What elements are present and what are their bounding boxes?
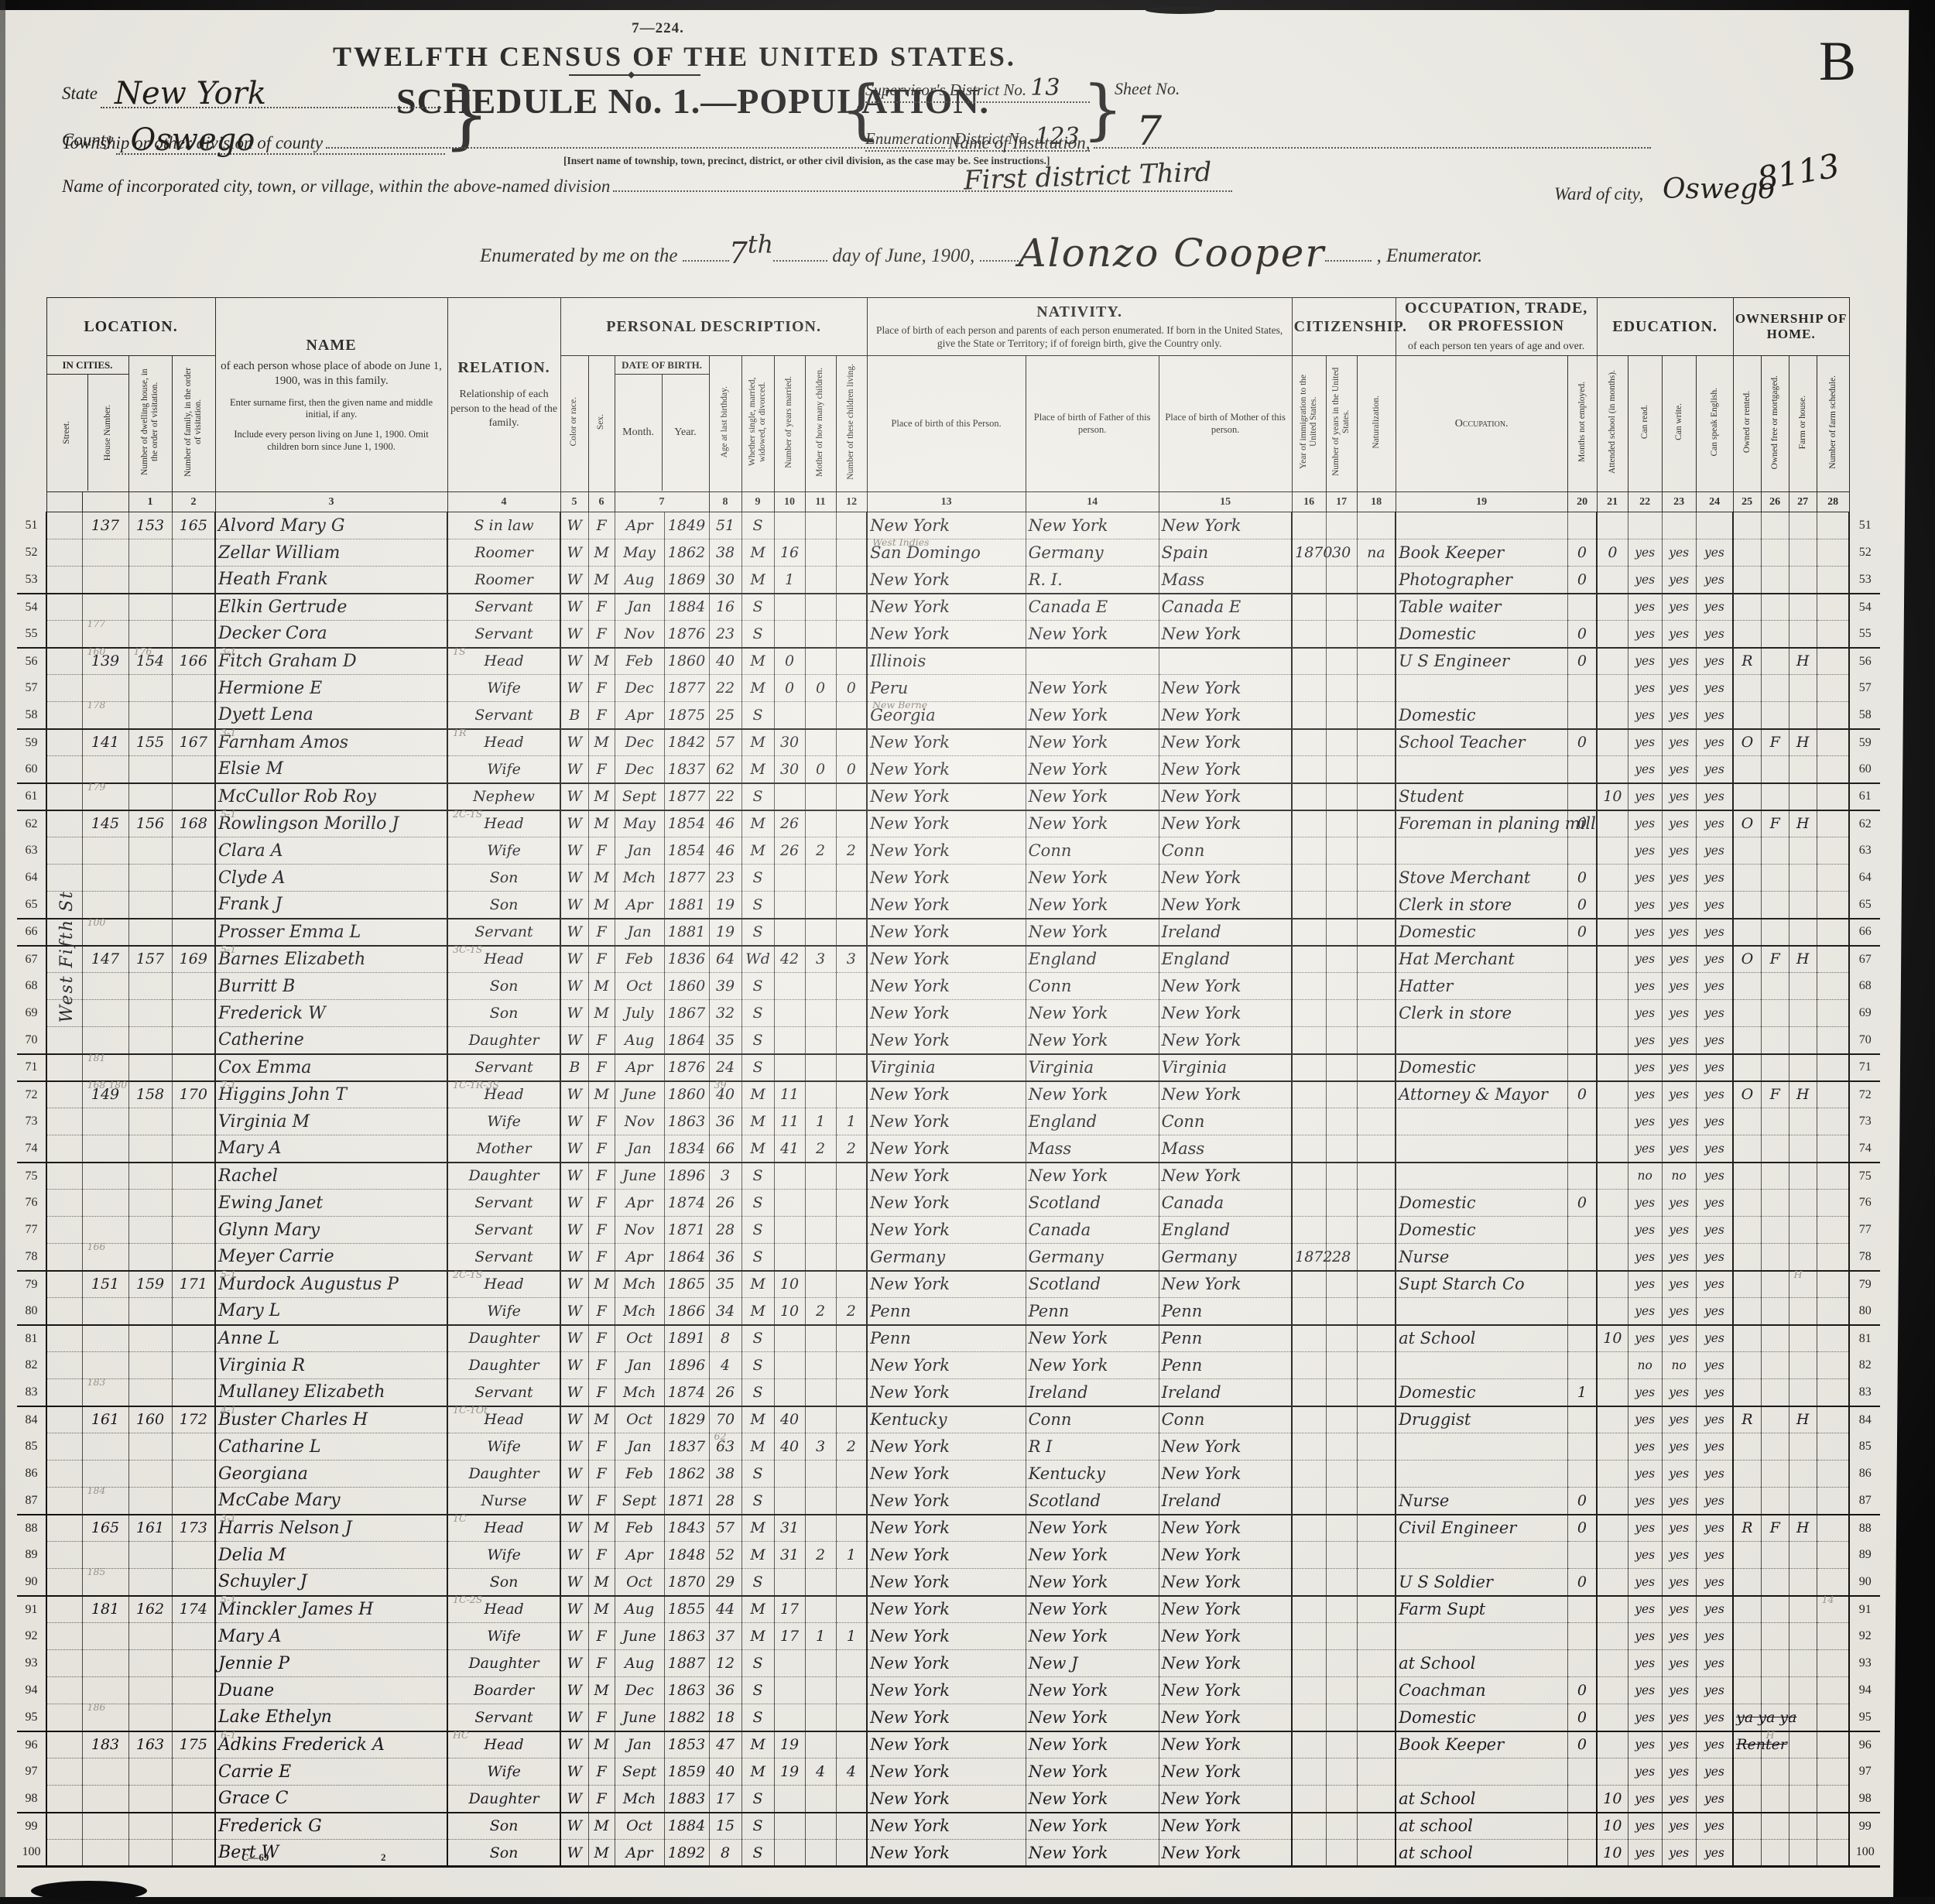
table-row: 72168 1801491581707-1Higgins John T1C-1R… [17, 1081, 1880, 1108]
cell-birth-month: Mch [615, 1271, 664, 1298]
cell-relation: Servant [447, 702, 560, 729]
cell-occupation [1396, 837, 1567, 865]
cell-naturalization [1357, 729, 1396, 756]
cell-street [46, 1325, 82, 1352]
cell-dwelling-number [128, 1569, 172, 1596]
cell-street [46, 1677, 82, 1704]
cell-children-living [836, 1786, 867, 1813]
pencil-annotation: H [1794, 1269, 1803, 1280]
cell-years-married [774, 783, 805, 810]
cell-birthplace-person: New York [867, 1677, 1026, 1704]
column-number-23: 23 [1662, 492, 1696, 512]
cell-can-read: yes [1628, 1000, 1662, 1027]
cell-children-born [805, 1677, 836, 1704]
cell-children-living [836, 621, 867, 648]
cell-years-married [774, 1569, 805, 1596]
cell-children-born [805, 1054, 836, 1081]
cell-years-married: 30 [774, 756, 805, 783]
cell-free-or-mortgaged [1761, 1596, 1789, 1623]
cell-birthplace-person: New York [867, 1271, 1026, 1298]
cell-occupation: Attorney & Mayor [1396, 1081, 1567, 1108]
cell-birth-month: Apr [615, 512, 664, 539]
cell-children-living [836, 1244, 867, 1271]
group-location: LOCATION. [46, 298, 215, 356]
row-number-right: 93 [1849, 1650, 1880, 1677]
cell-birthplace-mother: New York [1159, 756, 1292, 783]
cell-birth-year: 1870 [664, 1569, 709, 1596]
cell-attended-school [1597, 1163, 1628, 1190]
cell-farm-schedule-number [1817, 973, 1849, 1000]
cell-street [46, 1244, 82, 1271]
cell-children-born [805, 1596, 836, 1623]
cell-occupation [1396, 756, 1567, 783]
cell-street [46, 1352, 82, 1379]
cell-immigration-year [1292, 1379, 1326, 1406]
cell-name: Elsie M [215, 756, 447, 783]
cell-marital-status: S [741, 1379, 774, 1406]
cell-birthplace-father: New York [1026, 1596, 1159, 1623]
cell-can-speak-english: yes [1696, 1461, 1733, 1488]
institution-label: Name of Institution, [948, 133, 1090, 152]
cell-children-born [805, 1786, 836, 1813]
cell-birthplace-father: New York [1026, 1542, 1159, 1569]
cell-can-speak-english: yes [1696, 1352, 1733, 1379]
cell-birth-year: 1875 [664, 702, 709, 729]
col-dwelling-number: Number of dwelling house, in the order o… [140, 364, 160, 480]
cell-birthplace-mother: New York [1159, 1542, 1292, 1569]
cell-birthplace-mother: New York [1159, 783, 1292, 810]
cell-can-speak-english: yes [1696, 539, 1733, 567]
cell-free-or-mortgaged [1761, 1623, 1789, 1650]
cell-color-race: W [560, 783, 588, 810]
cell-relation: Son [447, 1840, 560, 1867]
cell-farm-schedule-number [1817, 756, 1849, 783]
cell-immigration-year [1292, 1433, 1326, 1461]
cell-naturalization [1357, 973, 1396, 1000]
cell-years-married: 42 [774, 946, 805, 973]
cell-birthplace-person: New York [867, 1461, 1026, 1488]
cell-occupation: Domestic [1396, 1190, 1567, 1217]
cell-farm-or-house [1789, 1677, 1817, 1704]
cell-birthplace-father: New York [1026, 512, 1159, 539]
col-can-write: Can write. [1674, 403, 1684, 440]
cell-can-speak-english: yes [1696, 1244, 1733, 1271]
cell-birthplace-mother: New York [1159, 512, 1292, 539]
cell-age: 70 [709, 1406, 741, 1433]
cell-family-number [172, 1379, 215, 1406]
cell-name: Ewing Janet [215, 1190, 447, 1217]
cell-occupation: Coachman [1396, 1677, 1567, 1704]
cell-birth-year: 1876 [664, 1054, 709, 1081]
cell-relation: Wife [447, 1433, 560, 1461]
cell-years-in-us [1326, 1406, 1357, 1433]
cell-relation: Son [447, 1569, 560, 1596]
col-sex: Sex. [596, 414, 606, 430]
cell-farm-or-house [1789, 973, 1817, 1000]
row-number-right: 92 [1849, 1623, 1880, 1650]
cell-birthplace-mother: Germany [1159, 1244, 1292, 1271]
cell-can-speak-english: yes [1696, 1596, 1733, 1623]
cell-free-or-mortgaged [1761, 1379, 1789, 1406]
cell-birth-month: Feb [615, 946, 664, 973]
cell-family-number: 165 [172, 512, 215, 539]
pencil-annotation: 3-1 [221, 1512, 236, 1524]
cell-dwelling-number [128, 1027, 172, 1054]
cell-owned-or-rented [1733, 973, 1761, 1000]
cell-sex: M [588, 810, 615, 837]
cell-farm-schedule-number [1817, 1298, 1849, 1325]
cell-attended-school [1597, 919, 1628, 946]
cell-birthplace-mother: Ireland [1159, 1488, 1292, 1515]
cell-house-number [82, 1352, 128, 1379]
cell-name: Virginia R [215, 1352, 447, 1379]
cell-children-living [836, 1813, 867, 1840]
cell-birthplace-father: New York [1026, 729, 1159, 756]
cell-street [46, 756, 82, 783]
cell-age: 4 [709, 1352, 741, 1379]
cell-attended-school [1597, 865, 1628, 892]
cell-birth-year: 1860 [664, 1081, 709, 1108]
pencil-annotation: 1R [453, 727, 466, 738]
cell-years-married [774, 1813, 805, 1840]
cell-sex: M [588, 1596, 615, 1623]
cell-free-or-mortgaged [1761, 1461, 1789, 1488]
cell-house-number [82, 1542, 128, 1569]
cell-occupation: Clerk in store [1396, 1000, 1567, 1027]
cell-family-number [172, 539, 215, 567]
cell-dwelling-number [128, 1677, 172, 1704]
cell-marital-status: M [741, 1081, 774, 1108]
cell-children-living [836, 594, 867, 621]
cell-street [46, 1054, 82, 1081]
cell-naturalization [1357, 756, 1396, 783]
cell-birth-year: 1864 [664, 1244, 709, 1271]
cell-sex: M [588, 783, 615, 810]
cell-free-or-mortgaged [1761, 1813, 1789, 1840]
cell-attended-school [1597, 1190, 1628, 1217]
cell-children-living [836, 1027, 867, 1054]
cell-immigration-year [1292, 1569, 1326, 1596]
cell-sex: F [588, 1054, 615, 1081]
cell-name: Cox Emma [215, 1054, 447, 1081]
cell-dwelling-number [128, 1217, 172, 1244]
cell-sex: F [588, 837, 615, 865]
cell-owned-or-rented [1733, 1244, 1761, 1271]
cell-birthplace-father: Virginia [1026, 1054, 1159, 1081]
cell-relation: Wife [447, 1108, 560, 1135]
cell-name: 6-1Adkins Frederick A [215, 1731, 447, 1758]
cell-birthplace-person: New York [867, 1163, 1026, 1190]
cell-birthplace-mother: New York [1159, 675, 1292, 702]
cell-house-number [82, 1786, 128, 1813]
cell-birthplace-person: New York [867, 1488, 1026, 1515]
cell-house-number: 160139 [82, 648, 128, 675]
cell-children-born [805, 1352, 836, 1379]
col-age: Age at last birthday. [720, 386, 730, 458]
cell-age: 36 [709, 1244, 741, 1271]
cell-birthplace-person: New York [867, 892, 1026, 919]
cell-birthplace-mother: New York [1159, 1027, 1292, 1054]
cell-children-born: 1 [805, 1623, 836, 1650]
cell-occupation [1396, 1758, 1567, 1786]
cell-age: 64 [709, 946, 741, 973]
cell-house-number: 179 [82, 783, 128, 810]
cell-children-living: 3 [836, 946, 867, 973]
row-number-left: 69 [17, 1000, 46, 1027]
cell-birth-month: Jan [615, 1135, 664, 1163]
cell-years-married [774, 1163, 805, 1190]
cell-dwelling-number: 161 [128, 1515, 172, 1542]
pencil-annotation: 100 [87, 916, 106, 928]
cell-years-in-us [1326, 783, 1357, 810]
ward-value-handwritten: Oswego [1663, 173, 1775, 205]
cell-family-number [172, 756, 215, 783]
cell-dwelling-number [128, 892, 172, 919]
cell-birthplace-person: New York [867, 1433, 1026, 1461]
cell-years-married [774, 1650, 805, 1677]
cell-sex: F [588, 1217, 615, 1244]
cell-months-not-employed [1567, 1108, 1597, 1135]
group-personal: PERSONAL DESCRIPTION. [560, 298, 867, 356]
cell-birthplace-father: New York [1026, 1000, 1159, 1027]
cell-months-not-employed [1567, 1813, 1597, 1840]
cell-age: 57 [709, 729, 741, 756]
col-owned-or-rented: Owned or rented. [1742, 391, 1752, 453]
cell-dwelling-number: 160 [128, 1406, 172, 1433]
cell-birth-year: 1864 [664, 1027, 709, 1054]
cell-birthplace-mother: New York [1159, 1813, 1292, 1840]
cell-dwelling-number [128, 1298, 172, 1325]
cell-farm-schedule-number [1817, 1569, 1849, 1596]
row-number-right: 58 [1849, 702, 1880, 729]
census-title: TWELFTH CENSUS OF THE UNITED STATES. [333, 40, 1016, 73]
group-name: NAME of each person whose place of abode… [215, 298, 447, 492]
cell-farm-schedule-number [1817, 675, 1849, 702]
cell-can-speak-english: yes [1696, 1650, 1733, 1677]
cell-can-speak-english: yes [1696, 1758, 1733, 1786]
sheet-number-label: Sheet No. [1115, 79, 1180, 99]
cell-owned-or-rented: Renter [1733, 1731, 1761, 1758]
cell-birth-month: Mch [615, 1379, 664, 1406]
cell-sex: M [588, 1677, 615, 1704]
cell-occupation: at School [1396, 1786, 1567, 1813]
cell-children-born [805, 1163, 836, 1190]
cell-house-number [82, 1298, 128, 1325]
pencil-annotation: 179 [87, 781, 106, 793]
cell-birth-month: Oct [615, 1406, 664, 1433]
cell-naturalization [1357, 1000, 1396, 1027]
cell-sex: M [588, 1731, 615, 1758]
cell-can-speak-english: yes [1696, 1081, 1733, 1108]
cell-color-race: W [560, 756, 588, 783]
cell-birthplace-person: New York [867, 919, 1026, 946]
cell-birthplace-person: New York [867, 946, 1026, 973]
cell-attended-school [1597, 1515, 1628, 1542]
cell-dwelling-number: 159 [128, 1271, 172, 1298]
cell-can-write [1662, 512, 1696, 539]
cell-can-write: yes [1662, 973, 1696, 1000]
cell-attended-school [1597, 1000, 1628, 1027]
cell-farm-schedule-number [1817, 621, 1849, 648]
cell-marital-status: S [741, 919, 774, 946]
cell-street [46, 1840, 82, 1867]
cell-birthplace-father: Canada E [1026, 594, 1159, 621]
cell-birthplace-father: Mass [1026, 1135, 1159, 1163]
cell-farm-or-house [1789, 1840, 1817, 1867]
cell-naturalization [1357, 1813, 1396, 1840]
cell-can-read: yes [1628, 702, 1662, 729]
cell-age: 3940 [709, 1081, 741, 1108]
cell-family-number [172, 621, 215, 648]
cell-years-married [774, 1217, 805, 1244]
cell-owned-or-rented [1733, 1488, 1761, 1515]
cell-marital-status: M [741, 648, 774, 675]
cell-dwelling-number [128, 1244, 172, 1271]
cell-color-race: W [560, 810, 588, 837]
cell-name: Frederick G [215, 1813, 447, 1840]
cell-occupation: Photographer [1396, 567, 1567, 594]
cell-birthplace-father: New York [1026, 1813, 1159, 1840]
cell-birthplace-person: New York [867, 1352, 1026, 1379]
cell-birth-year: 1854 [664, 837, 709, 865]
cell-can-speak-english: yes [1696, 594, 1733, 621]
table-row: 961831631756-1Adkins Frederick AHCHeadWM… [17, 1731, 1880, 1758]
cell-birthplace-mother: New York [1159, 1650, 1292, 1677]
cell-birthplace-mother: Mass [1159, 1135, 1292, 1163]
cell-years-in-us [1326, 594, 1357, 621]
cell-can-write: yes [1662, 1704, 1696, 1731]
cell-relation: Son [447, 1813, 560, 1840]
cell-can-write: yes [1662, 1190, 1696, 1217]
cell-birth-month: Nov [615, 1108, 664, 1135]
table-row: 76Ewing JanetServantWFApr187426SNew York… [17, 1190, 1880, 1217]
cell-house-number: 137 [82, 512, 128, 539]
cell-sex: F [588, 1650, 615, 1677]
cell-family-number [172, 1325, 215, 1352]
cell-years-married [774, 919, 805, 946]
cell-can-read: yes [1628, 648, 1662, 675]
table-row: 65Frank JSonWMApr188119SNew YorkNew York… [17, 892, 1880, 919]
cell-naturalization [1357, 1379, 1396, 1406]
col-attended-school: Attended school (in months). [1608, 370, 1618, 474]
cell-farm-or-house [1789, 621, 1817, 648]
col-farm-schedule-number: Number of farm schedule. [1828, 375, 1838, 469]
cell-free-or-mortgaged [1761, 756, 1789, 783]
column-number-10: 10 [774, 492, 805, 512]
cell-can-write: yes [1662, 1108, 1696, 1135]
cell-family-number: 167 [172, 729, 215, 756]
cell-months-not-employed [1567, 1650, 1597, 1677]
cell-color-race: W [560, 1217, 588, 1244]
table-row: 911811621745-1Minckler James H1C-2SHeadW… [17, 1596, 1880, 1623]
cell-relation: Wife [447, 1542, 560, 1569]
cell-farm-schedule-number [1817, 1813, 1849, 1840]
cell-children-living [836, 973, 867, 1000]
cell-naturalization [1357, 837, 1396, 865]
cell-house-number: 168 180149 [82, 1081, 128, 1108]
cell-years-married: 11 [774, 1108, 805, 1135]
cell-relation: 1C-1OtHead [447, 1406, 560, 1433]
cell-can-write: yes [1662, 756, 1696, 783]
row-number-right: 69 [1849, 1000, 1880, 1027]
cell-birth-year: 1849 [664, 512, 709, 539]
row-number-right: 71 [1849, 1054, 1880, 1081]
cell-marital-status: M [741, 1271, 774, 1298]
cell-farm-or-house [1789, 1488, 1817, 1515]
cell-can-write: yes [1662, 1758, 1696, 1786]
cell-birth-year: 1882 [664, 1704, 709, 1731]
cell-name: Grace C [215, 1786, 447, 1813]
cell-farm-or-house [1789, 1108, 1817, 1135]
cell-naturalization [1357, 1461, 1396, 1488]
cell-farm-or-house [1789, 1379, 1817, 1406]
cell-free-or-mortgaged [1761, 1271, 1789, 1298]
cell-birthplace-person: Illinois [867, 648, 1026, 675]
cell-immigration-year [1292, 1650, 1326, 1677]
cell-years-married [774, 1840, 805, 1867]
cell-farm-or-house: H [1789, 1081, 1817, 1108]
table-row: 791511591715-1Murdock Augustus P2C-1SHea… [17, 1271, 1880, 1298]
cell-children-born [805, 1406, 836, 1433]
col-can-read: Can read. [1640, 405, 1650, 439]
cell-children-living [836, 648, 867, 675]
cell-years-in-us [1326, 1677, 1357, 1704]
cell-can-read: yes [1628, 837, 1662, 865]
table-row: 89Delia MWifeWFApr184852M3121New YorkNew… [17, 1542, 1880, 1569]
cell-relation: Servant [447, 1704, 560, 1731]
cell-name: McCabe Mary [215, 1488, 447, 1515]
cell-naturalization [1357, 1488, 1396, 1515]
cell-house-number: 166 [82, 1244, 128, 1271]
cell-relation: 1SHead [447, 648, 560, 675]
cell-house-number: 186 [82, 1704, 128, 1731]
cell-birth-year: 1892 [664, 1840, 709, 1867]
pencil-annotation: New Berne [872, 699, 927, 711]
cell-months-not-employed [1567, 675, 1597, 702]
cell-dwelling-number [128, 1840, 172, 1867]
cell-marital-status: S [741, 1190, 774, 1217]
cell-birthplace-father: Kentucky [1026, 1461, 1159, 1488]
cell-relation: Servant [447, 1379, 560, 1406]
cell-occupation: Stove Merchant [1396, 865, 1567, 892]
cell-farm-schedule-number [1817, 1542, 1849, 1569]
cell-color-race: W [560, 865, 588, 892]
cell-can-speak-english: yes [1696, 675, 1733, 702]
cell-house-number: 181 [82, 1054, 128, 1081]
cell-years-married [774, 594, 805, 621]
cell-family-number [172, 1135, 215, 1163]
cell-color-race: W [560, 594, 588, 621]
cell-years-married: 31 [774, 1542, 805, 1569]
cell-can-write: yes [1662, 1135, 1696, 1163]
row-number-right: 53 [1849, 567, 1880, 594]
cell-owned-or-rented [1733, 1352, 1761, 1379]
pencil-annotation: 14 [1822, 1594, 1834, 1605]
cell-years-in-us [1326, 973, 1357, 1000]
group-education: EDUCATION. [1597, 298, 1733, 356]
cell-children-born [805, 567, 836, 594]
cell-naturalization [1357, 1027, 1396, 1054]
cell-dwelling-number [128, 1190, 172, 1217]
cell-can-speak-english: yes [1696, 756, 1733, 783]
cell-free-or-mortgaged: F [1761, 1081, 1789, 1108]
cell-birthplace-father: Scotland [1026, 1271, 1159, 1298]
row-number-left: 96 [17, 1731, 46, 1758]
cell-attended-school: 10 [1597, 1813, 1628, 1840]
cell-can-read: yes [1628, 1379, 1662, 1406]
cell-marital-status: M [741, 675, 774, 702]
cell-birthplace-person: New York [867, 1786, 1026, 1813]
